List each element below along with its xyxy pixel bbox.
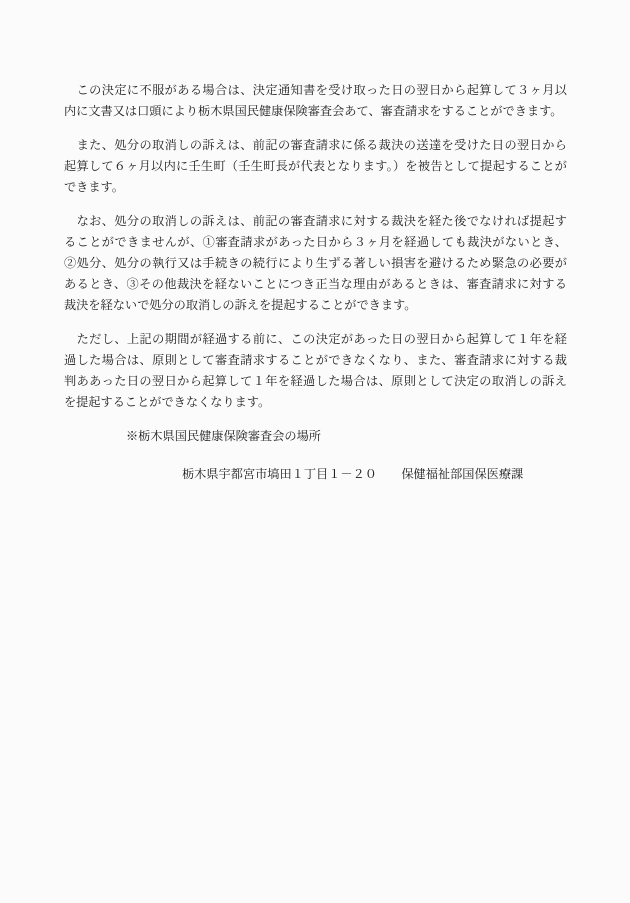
paragraph-time-limit: ただし、上記の期間が経過する前に、この決定があった日の翌日から起算して１年を経 … xyxy=(64,329,567,413)
text-line: また、処分の取消しの訴えは、前記の審査請求に係る裁決の送達を受けた日の翌日から xyxy=(64,135,567,156)
text-line: 起算して６ヶ月以内に壬生町（壬生町長が代表となります。）を被告として提起すること… xyxy=(64,156,567,177)
review-board-location-note: ※栃木県国民健康保険審査会の場所 xyxy=(126,426,567,447)
paragraph-revocation-suit: また、処分の取消しの訴えは、前記の審査請求に係る裁決の送達を受けた日の翌日から … xyxy=(64,135,567,198)
text-line: できます。 xyxy=(64,177,567,198)
text-line: この決定に不服がある場合は、決定通知書を受け取った日の翌日から起算して３ヶ月以 xyxy=(64,80,567,101)
text-line: なお、処分の取消しの訴えは、前記の審査請求に対する裁決を経た後でなければ提起す xyxy=(64,211,567,232)
text-line: あるとき、③その他裁決を経ないことにつき正当な理由があるときは、審査請求に対する xyxy=(64,274,567,295)
text-line: 内に文書又は口頭により栃木県国民健康保険審査会あて、審査請求をすることができます… xyxy=(64,101,567,122)
text-line: を提起することができなくなります。 xyxy=(64,392,567,413)
text-line: ②処分、処分の執行又は手続きの続行により生ずる著しい損害を避けるため緊急の必要が xyxy=(64,253,567,274)
text-line: ることができませんが、①審査請求があった日から３ヶ月を経過しても裁決がないとき、 xyxy=(64,232,567,253)
paragraph-exceptions: なお、処分の取消しの訴えは、前記の審査請求に対する裁決を経た後でなければ提起す … xyxy=(64,211,567,316)
document-page: この決定に不服がある場合は、決定通知書を受け取った日の翌日から起算して３ヶ月以 … xyxy=(0,0,630,903)
text-line: ただし、上記の期間が経過する前に、この決定があった日の翌日から起算して１年を経 xyxy=(64,329,567,350)
text-line: 判ああった日の翌日から起算して１年を経過した場合は、原則として決定の取消しの訴え xyxy=(64,371,567,392)
office-address: 栃木県宇都宮市塙田１丁目１－２０ 保健福祉部国保医療課 xyxy=(182,464,567,485)
text-line: 裁決を経ないで処分の取消しの訴えを提起することができます。 xyxy=(64,295,567,316)
paragraph-appeal-request: この決定に不服がある場合は、決定通知書を受け取った日の翌日から起算して３ヶ月以 … xyxy=(64,80,567,122)
text-line: 過した場合は、原則として審査請求することができなくなり、また、審査請求に対する裁 xyxy=(64,350,567,371)
